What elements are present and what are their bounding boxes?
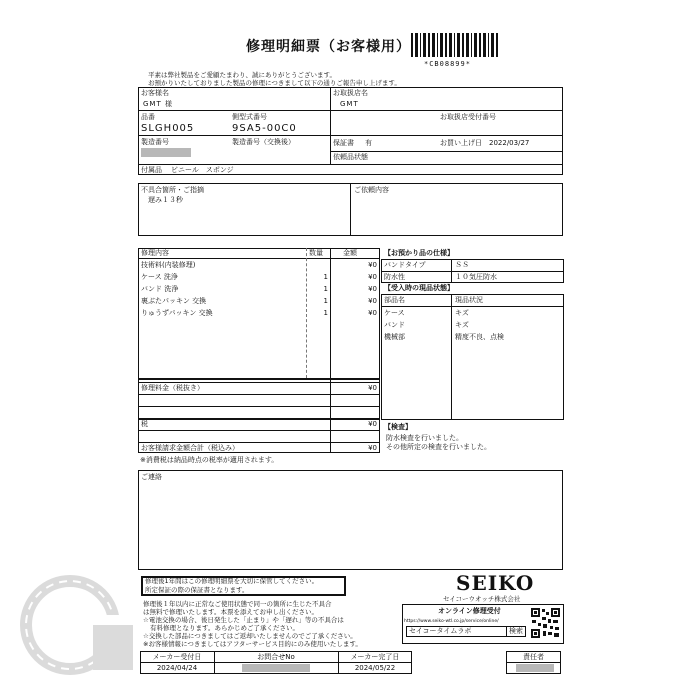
subtotal-value: ¥0	[334, 384, 377, 393]
repair-row-qty: 1	[308, 309, 328, 318]
defect-label: 不具合箇所・ご指摘	[141, 186, 204, 195]
spec-water-label: 防水性	[384, 273, 405, 282]
serial-after-label: 製造番号（交換後）	[232, 138, 295, 147]
company-name: セイコーウオッチ株式会社	[443, 595, 520, 604]
notes-box	[138, 470, 563, 570]
terms-line-6: ※お客様情報につきましてはアフターサービス目的にのみ使用いたします。	[143, 640, 362, 648]
tax-label: 税	[141, 420, 148, 429]
subtotal-label: 修理料金（税抜き）	[141, 384, 204, 393]
repair-row-qty: 1	[308, 297, 328, 306]
condition-row-part: ケース	[384, 309, 405, 318]
serial-redacted	[141, 148, 191, 157]
store-receipt-label: お取扱店受付番号	[440, 113, 496, 122]
footer-header-inquiry-no: お問合せNo	[214, 653, 338, 662]
tax-note: ※消費税は納品時点の税率が適用されます。	[140, 456, 278, 465]
condition-table	[381, 294, 564, 420]
specs-section-label: 【お預かり品の仕様】	[384, 249, 454, 258]
repair-row-item: バンド 洗浄	[141, 285, 178, 294]
warranty-notice-line-2: 所定保証の際の保証書となります。	[145, 586, 248, 595]
repair-row-amount: ¥0	[334, 309, 377, 318]
warranty-notice-line-1: 修理後1年間はこの修理明細票を大切に保管してください。	[145, 577, 318, 586]
footer-header-completed: メーカー完了日	[338, 653, 412, 662]
footer-received-date: 2024/04/24	[140, 664, 214, 673]
tax-value: ¥0	[334, 420, 377, 429]
repair-row-item: ケース 洗浄	[141, 273, 178, 282]
repair-row-amount: ¥0	[334, 285, 377, 294]
repair-row-amount: ¥0	[334, 273, 377, 282]
repair-row-amount: ¥0	[334, 261, 377, 270]
total-value: ¥0	[334, 444, 377, 453]
condition-row-part: 機械部	[384, 333, 405, 342]
spec-water-value: １０気圧防水	[455, 273, 497, 282]
condition-row-status: 精度不良、点検	[455, 333, 504, 342]
responsible-redacted	[516, 664, 554, 672]
condition-row-status: キズ	[455, 309, 469, 318]
inquiry-no-redacted	[242, 664, 310, 672]
barcode	[411, 33, 501, 57]
spec-band-type-label: バンドタイプ	[384, 261, 426, 270]
repair-row-item: 技術料(内装修理)	[141, 261, 195, 270]
condition-row-status: キズ	[455, 321, 469, 330]
total-label: お客様請求金額合計（税込み）	[141, 444, 239, 453]
store-name: GMT	[340, 100, 359, 109]
customer-name-label: お客様名	[141, 89, 169, 98]
item-condition-label: 依頼品状態	[333, 153, 368, 162]
warranty-value: 有	[365, 139, 372, 148]
gmt-watermark-logo	[15, 570, 135, 680]
repair-row-qty: 1	[308, 273, 328, 282]
qr-code-icon[interactable]	[530, 607, 561, 639]
repair-row-qty: 1	[308, 285, 328, 294]
product-no-label: 品番	[141, 113, 155, 122]
customer-name: GMT 様	[143, 100, 173, 109]
accessories-value: ビニール スポンジ	[171, 166, 234, 175]
purchase-date-label: お買い上げ日	[440, 139, 482, 148]
notes-label: ご連絡	[141, 473, 162, 482]
terms-line-1: 修理後１年以内に正常なご使用状態で同一の箇所に生じた不具合	[143, 600, 332, 608]
condition-header-part: 部品名	[384, 296, 405, 305]
search-input-value: セイコータイムラボ	[409, 627, 471, 636]
online-repair-label: オンライン修理受付	[438, 607, 501, 616]
product-no: SLGH005	[141, 123, 194, 134]
footer-completed-date: 2024/05/22	[338, 664, 412, 673]
responsible-label: 責任者	[506, 653, 561, 662]
seiko-logo: SEIKO	[456, 571, 534, 595]
search-button[interactable]: 検索	[509, 627, 523, 636]
spec-band-type-value: ＳＳ	[455, 261, 469, 270]
inspection-line-1: 防水検査を行いました。	[386, 434, 463, 443]
condition-section-label: 【受入時の現品状態】	[384, 284, 454, 293]
purchase-date: 2022/03/27	[489, 139, 529, 148]
terms-line-4: 有料修理となります。あらかじめご了承ください。	[150, 624, 299, 632]
footer-header-received: メーカー受付日	[140, 653, 214, 662]
document-title: 修理明細票（お客様用）	[246, 36, 411, 56]
repair-header-item: 修理内容	[141, 249, 169, 258]
model-no: 9SA5-00C0	[232, 123, 297, 134]
defect-value: 遅み１３秒	[148, 196, 183, 205]
warranty-label: 保証書	[333, 139, 354, 148]
store-name-label: お取扱店名	[333, 89, 368, 98]
accessories-label: 付属品	[141, 166, 162, 175]
request-label: ご依頼内容	[354, 186, 389, 195]
serial-label: 製造番号	[141, 138, 169, 147]
model-no-label: 側型式番号	[232, 113, 267, 122]
barcode-text: *CB08899*	[424, 60, 471, 69]
online-repair-url[interactable]: https://www.seiko-wtl.co.jp/service/onli…	[404, 617, 499, 626]
terms-line-3: ☆電池交換の場合、後日発生した「止まり」や「遅れ」等の不具合は	[143, 616, 344, 624]
terms-line-2: は無料で修理いたします。本票を添えてお申し出ください。	[143, 608, 318, 616]
repair-row-item: りゅうずパッキン 交換	[141, 309, 213, 318]
repair-header-qty: 数量	[309, 249, 323, 258]
terms-line-5: ☆交換した部品につきましてはご返却いたしませんのでご了承ください。	[143, 632, 357, 640]
inspection-line-2: その他所定の検査を行いました。	[386, 443, 491, 452]
repair-row-amount: ¥0	[334, 297, 377, 306]
repair-header-amount: 金額	[343, 249, 357, 258]
condition-row-part: バンド	[384, 321, 405, 330]
repair-row-item: 裏ぶたパッキン 交換	[141, 297, 206, 306]
inspection-section-label: 【検査】	[384, 423, 412, 432]
condition-header-status: 現品状況	[455, 296, 483, 305]
